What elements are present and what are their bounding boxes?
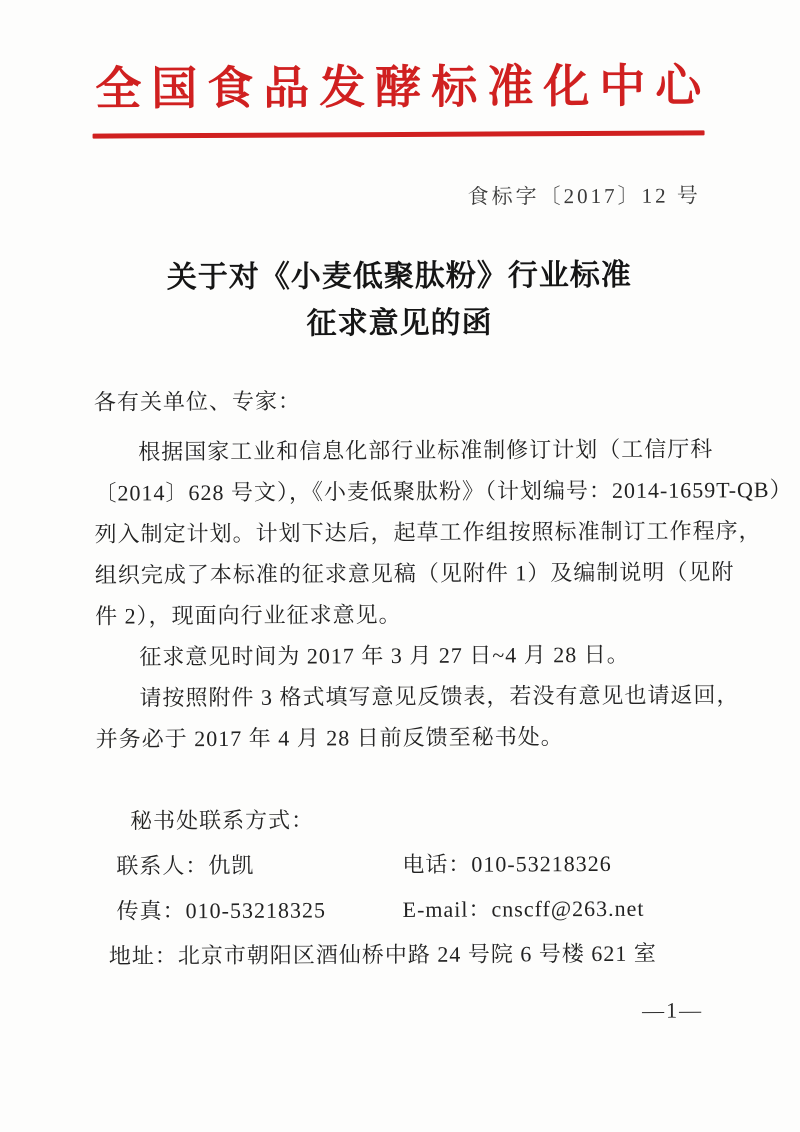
page-number: —1— — [3, 997, 800, 1027]
contact-address: 地址：北京市朝阳区酒仙桥中路 24 号院 6 号楼 621 室 — [97, 940, 709, 971]
body-line: 征求意见时间为 2017 年 3 月 27 日~4 月 28 日。 — [95, 634, 707, 678]
doc-title: 关于对《小麦低聚肽粉》行业标准 征求意见的函 — [0, 251, 800, 349]
body-line: 组织完成了本标准的征求意见稿（见附件 1）及编制说明（见附 — [95, 552, 707, 596]
letterhead-divider — [93, 131, 705, 139]
contact-heading: 秘书处联系方式： — [96, 805, 708, 836]
doc-title-line-2: 征求意见的函 — [0, 298, 800, 349]
body-text: 各有关单位、专家： 根据国家工业和信息化部行业标准制修订计划（工信厅科 〔201… — [94, 379, 708, 760]
scan-content: 全国食品发酵标准化中心 食标字〔2017〕12 号 关于对《小麦低聚肽粉》行业标… — [0, 0, 800, 1027]
letterhead-org-name: 全国食品发酵标准化中心 — [0, 0, 798, 117]
body-line: 根据国家工业和信息化部行业标准制修订计划（工信厅科 — [94, 429, 706, 473]
contact-section: 秘书处联系方式： 联系人：仇凯 电话：010-53218326 传真：010-5… — [96, 805, 709, 971]
contact-person: 联系人：仇凯 — [96, 851, 402, 881]
contact-phone: 电话：010-53218326 — [402, 850, 708, 880]
doc-number: 食标字〔2017〕12 号 — [0, 179, 799, 213]
body-line: 请按照附件 3 格式填写意见反馈表，若没有意见也请返回， — [95, 675, 707, 719]
document-page: 全国食品发酵标准化中心 食标字〔2017〕12 号 关于对《小麦低聚肽粉》行业标… — [0, 0, 800, 1132]
body-line: 并务必于 2017 年 4 月 28 日前反馈至秘书处。 — [96, 716, 708, 760]
body-line: 〔2014〕628 号文），《小麦低聚肽粉》（计划编号：2014-1659T-Q… — [94, 470, 706, 514]
body-line: 列入制定计划。计划下达后，起草工作组按照标准制订工作程序， — [95, 511, 707, 555]
body-salutation: 各有关单位、专家： — [94, 379, 706, 423]
contact-row: 传真：010-53218325 E-mail：cnscff@263.net — [97, 895, 709, 926]
body-line: 件 2），现面向行业征求意见。 — [95, 593, 707, 637]
doc-title-line-1: 关于对《小麦低聚肽粉》行业标准 — [0, 251, 799, 302]
contact-fax: 传真：010-53218325 — [97, 896, 403, 926]
contact-email: E-mail：cnscff@263.net — [403, 895, 709, 925]
contact-row: 联系人：仇凯 电话：010-53218326 — [96, 850, 708, 881]
